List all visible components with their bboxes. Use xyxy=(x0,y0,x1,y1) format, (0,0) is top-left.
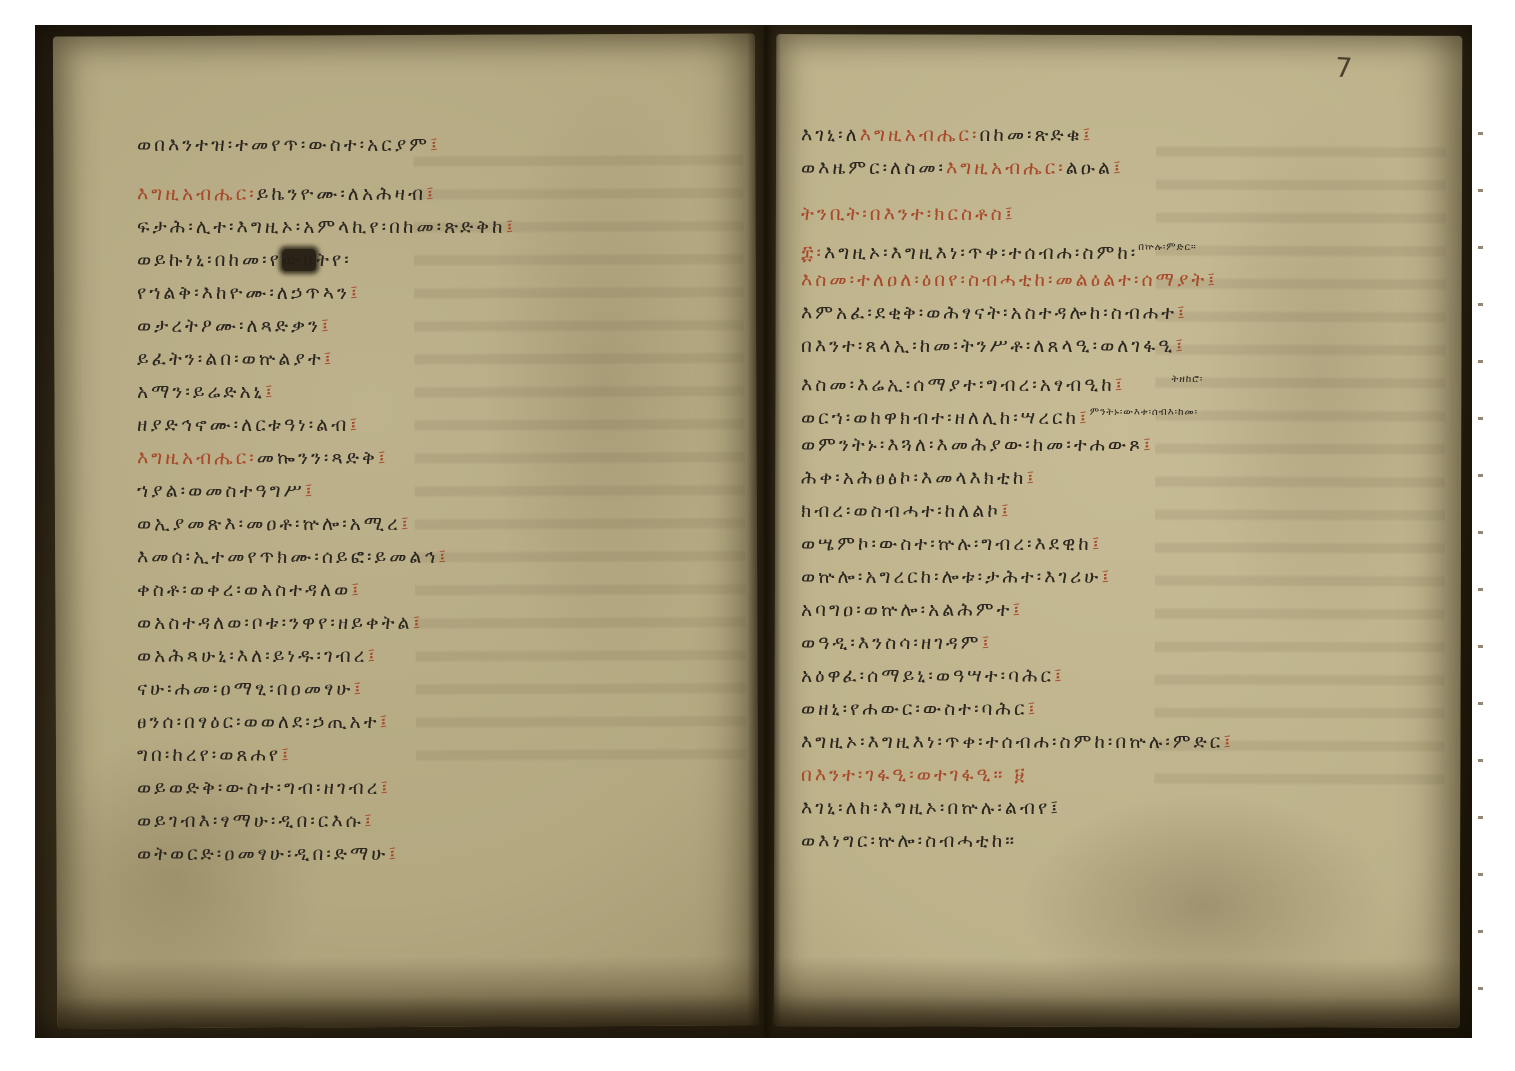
rubricated-text: ፤ xyxy=(380,777,391,799)
manuscript-photo-scan: ወበእንተዝ፡ተመየጥ፡ውስተ፡አርያም፤እግዚአብሔር፡ይኬንዮሙ፡ለአሕዛብ… xyxy=(0,0,1515,1071)
manuscript-text-line: ሕቀ፡አሕፀፅኮ፡እመላእክቲከ፤ xyxy=(801,462,1461,495)
manuscript-text-line: እግዚአብሔር፡መኰንን፡ጻድቅ፤ xyxy=(137,442,777,475)
manuscript-text-line: ፍታሕ፡ሊተ፡እግዚኦ፡አምላኪየ፡በከመ፡ጽድቅከ፤ xyxy=(137,211,777,244)
body-text: አባግዐ፡ወኵሎ፡አልሕምተ xyxy=(801,599,1012,621)
body-text: ወይገብእ፡ፃማሁ፡ዲበ፡ርእሱ xyxy=(137,810,364,832)
rubricated-text: ፤ xyxy=(1177,302,1188,324)
manuscript-text-line: እስመ፡እሬኢ፡ሰማያተ፡ግብረ፡አፃብዒከ፤ትዘከሮ፡ xyxy=(801,363,1461,396)
rubricated-text: ፤ xyxy=(353,678,364,700)
body-text: መኰንን፡ጻድቅ xyxy=(257,447,378,469)
body-text: ምንትኑ፡ውእቱ፡ሰብእ፡ከመ፡ xyxy=(1090,407,1198,418)
body-text: አዕዋፈ፡ሰማይኒ፡ወዓሣተ፡ባሕር xyxy=(801,665,1054,687)
body-text: ትየ፡ xyxy=(316,249,352,271)
rubricated-text: እግዚአብሔር፡ xyxy=(137,183,257,205)
rubricated-text: ፤ xyxy=(1012,599,1023,621)
rubricated-text: ፤ xyxy=(1143,434,1154,456)
manuscript-text-line: ወዓዲ፡እንስሳ፡ዘገዳም፤ xyxy=(801,627,1461,660)
rubricated-text: ፤ xyxy=(430,134,441,156)
rubricated-text: ፤ xyxy=(1026,467,1037,489)
manuscript-text-line: በእንተ፡ጸላኢ፡ከመ፡ትንሥቶ፡ለጸላዒ፡ወለገፋዒ፤ xyxy=(801,330,1461,363)
manuscript-text-line: ወኢያመጽእ፡መዐቶ፡ኵሎ፡አሚረ፤ xyxy=(137,508,777,541)
rubricated-text: ፤ xyxy=(1092,533,1103,555)
page-bottom-shadow xyxy=(774,956,1460,1028)
rubricated-text: ፤ xyxy=(350,282,361,304)
body-text: ትዘከሮ፡ xyxy=(1172,374,1204,385)
rubricated-text: ፤ xyxy=(305,480,316,502)
rubricated-text: ፤ xyxy=(401,513,412,535)
manuscript-text-line: ይፈትን፡ልበ፡ወኵልያተ፤ xyxy=(137,343,777,376)
body-text: አማን፡ይሬድአኒ xyxy=(137,381,265,403)
manuscript-text-line: ወትወርድ፡ዐመፃሁ፡ዲበ፡ድማሁ፤ xyxy=(137,838,777,871)
rubricated-text: ፤ xyxy=(438,546,449,568)
body-text: ወአሕጻሁኒ፡እለ፡ይነዱ፡ገብረ xyxy=(137,645,367,667)
manuscript-text-line: ናሁ፡ሐመ፡ዐማፂ፡በዐመፃሁ፤ xyxy=(137,673,777,706)
body-text: እመሰ፡ኢተመየጥክሙ፡ሰይፎ፡ይመልኅ xyxy=(137,546,438,568)
manuscript-text-line: ወአስተዳለወ፡ቦቱ፡ንዋየ፡ዘይቀትል፤ xyxy=(137,607,777,640)
body-text: ወታረትዖሙ፡ለጻድቃን xyxy=(137,315,321,337)
body-text: በኵሉ፡ምድር። xyxy=(1138,242,1196,253)
body-text: ወዓዲ፡እንስሳ፡ዘገዳም xyxy=(801,632,982,654)
body-text: ወይወድቅ፡ውስተ፡ግብ፡ዘገብረ xyxy=(137,777,380,799)
book-photo-frame: ወበእንተዝ፡ተመየጥ፡ውስተ፡አርያም፤እግዚአብሔር፡ይኬንዮሙ፡ለአሕዛብ… xyxy=(35,25,1472,1038)
manuscript-text-line: እግዚኦ፡እግዚእነ፡ጥቀ፡ተሰብሐ፡ስምከ፡በኵሉ፡ምድር፤ xyxy=(801,726,1461,759)
body-text: ልዑል xyxy=(1066,157,1113,179)
body-text: ወእዜምር፡ለስመ፡ xyxy=(801,157,946,179)
manuscript-text-line: ቀስቶ፡ወቀረ፡ወአስተዳለወ፤ xyxy=(137,574,777,607)
manuscript-text-line: አማን፡ይሬድአኒ፤ xyxy=(137,376,777,409)
manuscript-text-line: ፰፡እግዚኦ፡እግዚእነ፡ጥቀ፡ተሰብሐ፡ስምከ፡በኵሉ፡ምድር። xyxy=(801,231,1461,264)
rubricated-text: ፤ xyxy=(1115,374,1126,396)
body-text: ወኢያመጽእ፡መዐቶ፡ኵሎ፡አሚረ xyxy=(137,513,401,535)
rubricated-text: ፤ xyxy=(1079,407,1090,429)
manuscript-text-line: ወምንትኑ፡እጓለ፡እመሕያው፡ከመ፡ተሐውጾ፤ xyxy=(801,429,1461,462)
manuscript-text-line: ዘያድኅኖሙ፡ለርቱዓነ፡ልብ፤ xyxy=(137,409,777,442)
manuscript-text-line: ወይኩነኒ፡በከመ፡የውሀትየ፡ xyxy=(137,244,777,277)
manuscript-text-line: ወእዜምር፡ለስመ፡እግዚአብሔር፡ልዑል፤ xyxy=(801,152,1461,185)
rubricated-text: ፰፡ xyxy=(801,242,824,264)
manuscript-text-line: እገኒ፡ለከ፡እግዚኦ፡በኵሉ፡ልብየ፤ xyxy=(801,792,1461,825)
manuscript-text-line: ወበእንተዝ፡ተመየጥ፡ውስተ፡አርያም፤ xyxy=(137,129,777,162)
body-text: ሕቀ፡አሕፀፅኮ፡እመላእክቲከ xyxy=(801,467,1026,489)
left-page-text-column: ወበእንተዝ፡ተመየጥ፡ውስተ፡አርያም፤እግዚአብሔር፡ይኬንዮሙ፡ለአሕዛብ… xyxy=(137,129,777,871)
body-text: ዘያድኅኖሙ፡ለርቱዓነ፡ልብ xyxy=(137,414,349,436)
rubric-heading-line: ትንቢት፡በእንተ፡ክርስቶስ፤ xyxy=(801,198,1461,231)
body-text: ግበ፡ከረየ፡ወጸሐየ xyxy=(137,744,281,766)
body-text: ቀስቶ፡ወቀረ፡ወአስተዳለወ xyxy=(137,579,351,601)
body-text: ፀንሰ፡በፃዕር፡ወወለደ፡ኃጢአተ xyxy=(137,711,380,733)
manuscript-text-line: እምአፈ፡ደቂቅ፡ወሕፃናት፡አስተዳሎከ፡ስብሐተ፤ xyxy=(801,297,1461,330)
rubricated-text: ትንቢት፡በእንተ፡ክርስቶስ፤ xyxy=(801,203,1016,225)
body-text: ፍታሕ፡ሊተ፡እግዚኦ፡አምላኪየ፡በከመ፡ጽድቅከ xyxy=(137,216,506,238)
rubricated-text: ፤ xyxy=(378,447,389,469)
manuscript-text-line: ወይገብእ፡ፃማሁ፡ዲበ፡ርእሱ፤ xyxy=(137,805,777,838)
body-text: ክብረ፡ወስብሓተ፡ከለልኮ xyxy=(801,500,1001,522)
manuscript-text-line: አባግዐ፡ወኵሎ፡አልሕምተ፤ xyxy=(801,594,1461,627)
manuscript-text-line: ፀንሰ፡በፃዕር፡ወወለደ፡ኃጢአተ፤ xyxy=(137,706,777,739)
rubricated-text: ፤ xyxy=(265,381,276,403)
rubricated-text: ፤ xyxy=(367,645,378,667)
body-text: ወኵሎ፡አግረርከ፡ሎቱ፡ታሕተ፡እገሪሁ xyxy=(801,566,1101,588)
manuscript-text-line: እመሰ፡ኢተመየጥክሙ፡ሰይፎ፡ይመልኅ፤ xyxy=(137,541,777,574)
rubricated-text: ፤ xyxy=(1223,731,1234,753)
body-text: ናሁ፡ሐመ፡ዐማፂ፡በዐመፃሁ xyxy=(137,678,353,700)
rubricated-text: ፤ xyxy=(349,414,360,436)
body-text: እግዚኦ፡እግዚእነ፡ጥቀ፡ተሰብሐ፡ስምከ፡ xyxy=(824,242,1138,264)
manuscript-text-line: ወአሕጻሁኒ፡እለ፡ይነዱ፡ገብረ፤ xyxy=(137,640,777,673)
rubricated-text: ፤ xyxy=(1028,698,1039,720)
manuscript-text-line: ወታረትዖሙ፡ለጻድቃን፤ xyxy=(137,310,777,343)
body-text: እግዚኦ፡እግዚእነ፡ጥቀ፡ተሰብሐ፡ስምከ፡በኵሉ፡ምድር xyxy=(801,731,1223,753)
right-page-text-column: እገኒ፡ለእግዚአብሔር፡በከመ፡ጽድቁ፤ወእዜምር፡ለስመ፡እግዚአብሔር፡ል… xyxy=(801,119,1461,858)
body-text: ወሤምኮ፡ውስተ፡ኵሉ፡ግብረ፡እደዊከ xyxy=(801,533,1092,555)
manuscript-text-line: ወኵሎ፡አግረርከ፡ሎቱ፡ታሕተ፡እገሪሁ፤ xyxy=(801,561,1461,594)
manuscript-text-line: እስመ፡ተለዐለ፡ዕበየ፡ስብሓቲከ፡መልዕልተ፡ሰማያት፤ xyxy=(801,264,1461,297)
body-text: እገኒ፡ለ xyxy=(801,124,860,146)
manuscript-text-line: እግዚአብሔር፡ይኬንዮሙ፡ለአሕዛብ፤ xyxy=(137,178,777,211)
body-text: እምአፈ፡ደቂቅ፡ወሕፃናት፡አስተዳሎከ፡ስብሐተ xyxy=(801,302,1177,324)
body-text: ወእነግር፡ኵሎ፡ስብሓቲከ። xyxy=(801,830,1017,852)
body-text: ወምንትኑ፡እጓለ፡እመሕያው፡ከመ፡ተሐውጾ xyxy=(801,434,1143,456)
rubricated-text: ፤ xyxy=(364,810,375,832)
manuscript-text-line: ግበ፡ከረየ፡ወጸሐየ፤ xyxy=(137,739,777,772)
manuscript-text-line: ክብረ፡ወስብሓተ፡ከለልኮ፤ xyxy=(801,495,1461,528)
manuscript-text-line: የኀልቅ፡እከዮሙ፡ለኃጥኣን፤ xyxy=(137,277,777,310)
rubricated-text: እስመ፡ተለዐለ፡ዕበየ፡ስብሓቲከ፡መልዕልተ፡ሰማያት፤ xyxy=(801,269,1218,291)
rubricated-text: ፤ xyxy=(321,315,332,337)
body-text: እስመ፡እሬኢ፡ሰማያተ፡ግብረ፡አፃብዒከ xyxy=(801,374,1115,396)
body-text: ወይኩነኒ፡በከመ፡የ xyxy=(137,249,282,271)
rubricated-text: ፤ xyxy=(506,216,517,238)
inked-out-text: ውሀ xyxy=(282,249,316,271)
body-text: ኀያል፡ወመስተዓግሥ xyxy=(137,480,305,502)
rubricated-text: እግዚአብሔር፡ xyxy=(946,157,1066,179)
manuscript-text-line: እገኒ፡ለእግዚአብሔር፡በከመ፡ጽድቁ፤ xyxy=(801,119,1461,152)
body-text: በከመ፡ጽድቁ xyxy=(979,124,1082,146)
rubricated-text: ፤ xyxy=(413,612,424,634)
page-bottom-shadow xyxy=(57,955,759,1028)
rubricated-text: ፤ xyxy=(1101,566,1112,588)
rubricated-text: እግዚአብሔር፡ xyxy=(860,124,980,146)
rubricated-text: ፤ xyxy=(281,744,292,766)
body-text: ወትወርድ፡ዐመፃሁ፡ዲበ፡ድማሁ xyxy=(137,843,388,865)
manuscript-text-line: አዕዋፈ፡ሰማይኒ፡ወዓሣተ፡ባሕር፤ xyxy=(801,660,1461,693)
body-text: ይፈትን፡ልበ፡ወኵልያተ xyxy=(137,348,324,370)
body-text: ወአስተዳለወ፡ቦቱ፡ንዋየ፡ዘይቀትል xyxy=(137,612,413,634)
manuscript-text-line: ኀያል፡ወመስተዓግሥ፤ xyxy=(137,475,777,508)
manuscript-text-line: ወርኀ፡ወከዋክብተ፡ዘለሊከ፡ሣረርከ፤ምንትኑ፡ውእቱ፡ሰብእ፡ከመ፡ xyxy=(801,396,1461,429)
rubricated-text: በእንተ፡ገፋዒ፡ወተገፋዒ። ፱ xyxy=(801,764,1028,786)
body-text: በእንተ፡ጸላኢ፡ከመ፡ትንሥቶ፡ለጸላዒ፡ወለገፋዒ xyxy=(801,335,1175,357)
body-text: ወዘኒ፡የሐውር፡ውስተ፡ባሕር xyxy=(801,698,1028,720)
body-text: እገኒ፡ለከ፡እግዚኦ፡በኵሉ፡ልብየ፤ xyxy=(801,797,1061,819)
rubricated-text: ፤ xyxy=(351,579,362,601)
rubricated-text: ፤ xyxy=(388,843,399,865)
rubricated-text: ፤ xyxy=(426,183,437,205)
page-edge-specks xyxy=(1478,132,1483,992)
rubricated-text: ፤ xyxy=(1054,665,1065,687)
rubricated-text: ፤ xyxy=(324,348,335,370)
body-text: ወርኀ፡ወከዋክብተ፡ዘለሊከ፡ሣረርከ xyxy=(801,407,1079,429)
rubricated-text: ፤ xyxy=(982,632,993,654)
rubricated-text: ፤ xyxy=(1001,500,1012,522)
rubricated-text: ፤ xyxy=(1083,124,1094,146)
rubricated-text: እግዚአብሔር፡ xyxy=(137,447,257,469)
manuscript-text-line: በእንተ፡ገፋዒ፡ወተገፋዒ። ፱ xyxy=(801,759,1461,792)
body-text: ወበእንተዝ፡ተመየጥ፡ውስተ፡አርያም xyxy=(137,134,430,156)
folio-number: 7 xyxy=(1334,53,1353,85)
body-text: ይኬንዮሙ፡ለአሕዛብ xyxy=(257,183,426,205)
rubricated-text: ፤ xyxy=(1175,335,1186,357)
manuscript-text-line: ወይወድቅ፡ውስተ፡ግብ፡ዘገብረ፤ xyxy=(137,772,777,805)
manuscript-text-line: ወእነግር፡ኵሎ፡ስብሓቲከ። xyxy=(801,825,1461,858)
rubricated-text: ፤ xyxy=(380,711,391,733)
body-text: የኀልቅ፡እከዮሙ፡ለኃጥኣን xyxy=(137,282,350,304)
manuscript-text-line: ወዘኒ፡የሐውር፡ውስተ፡ባሕር፤ xyxy=(801,693,1461,726)
manuscript-text-line: ወሤምኮ፡ውስተ፡ኵሉ፡ግብረ፡እደዊከ፤ xyxy=(801,528,1461,561)
rubricated-text: ፤ xyxy=(1113,157,1124,179)
